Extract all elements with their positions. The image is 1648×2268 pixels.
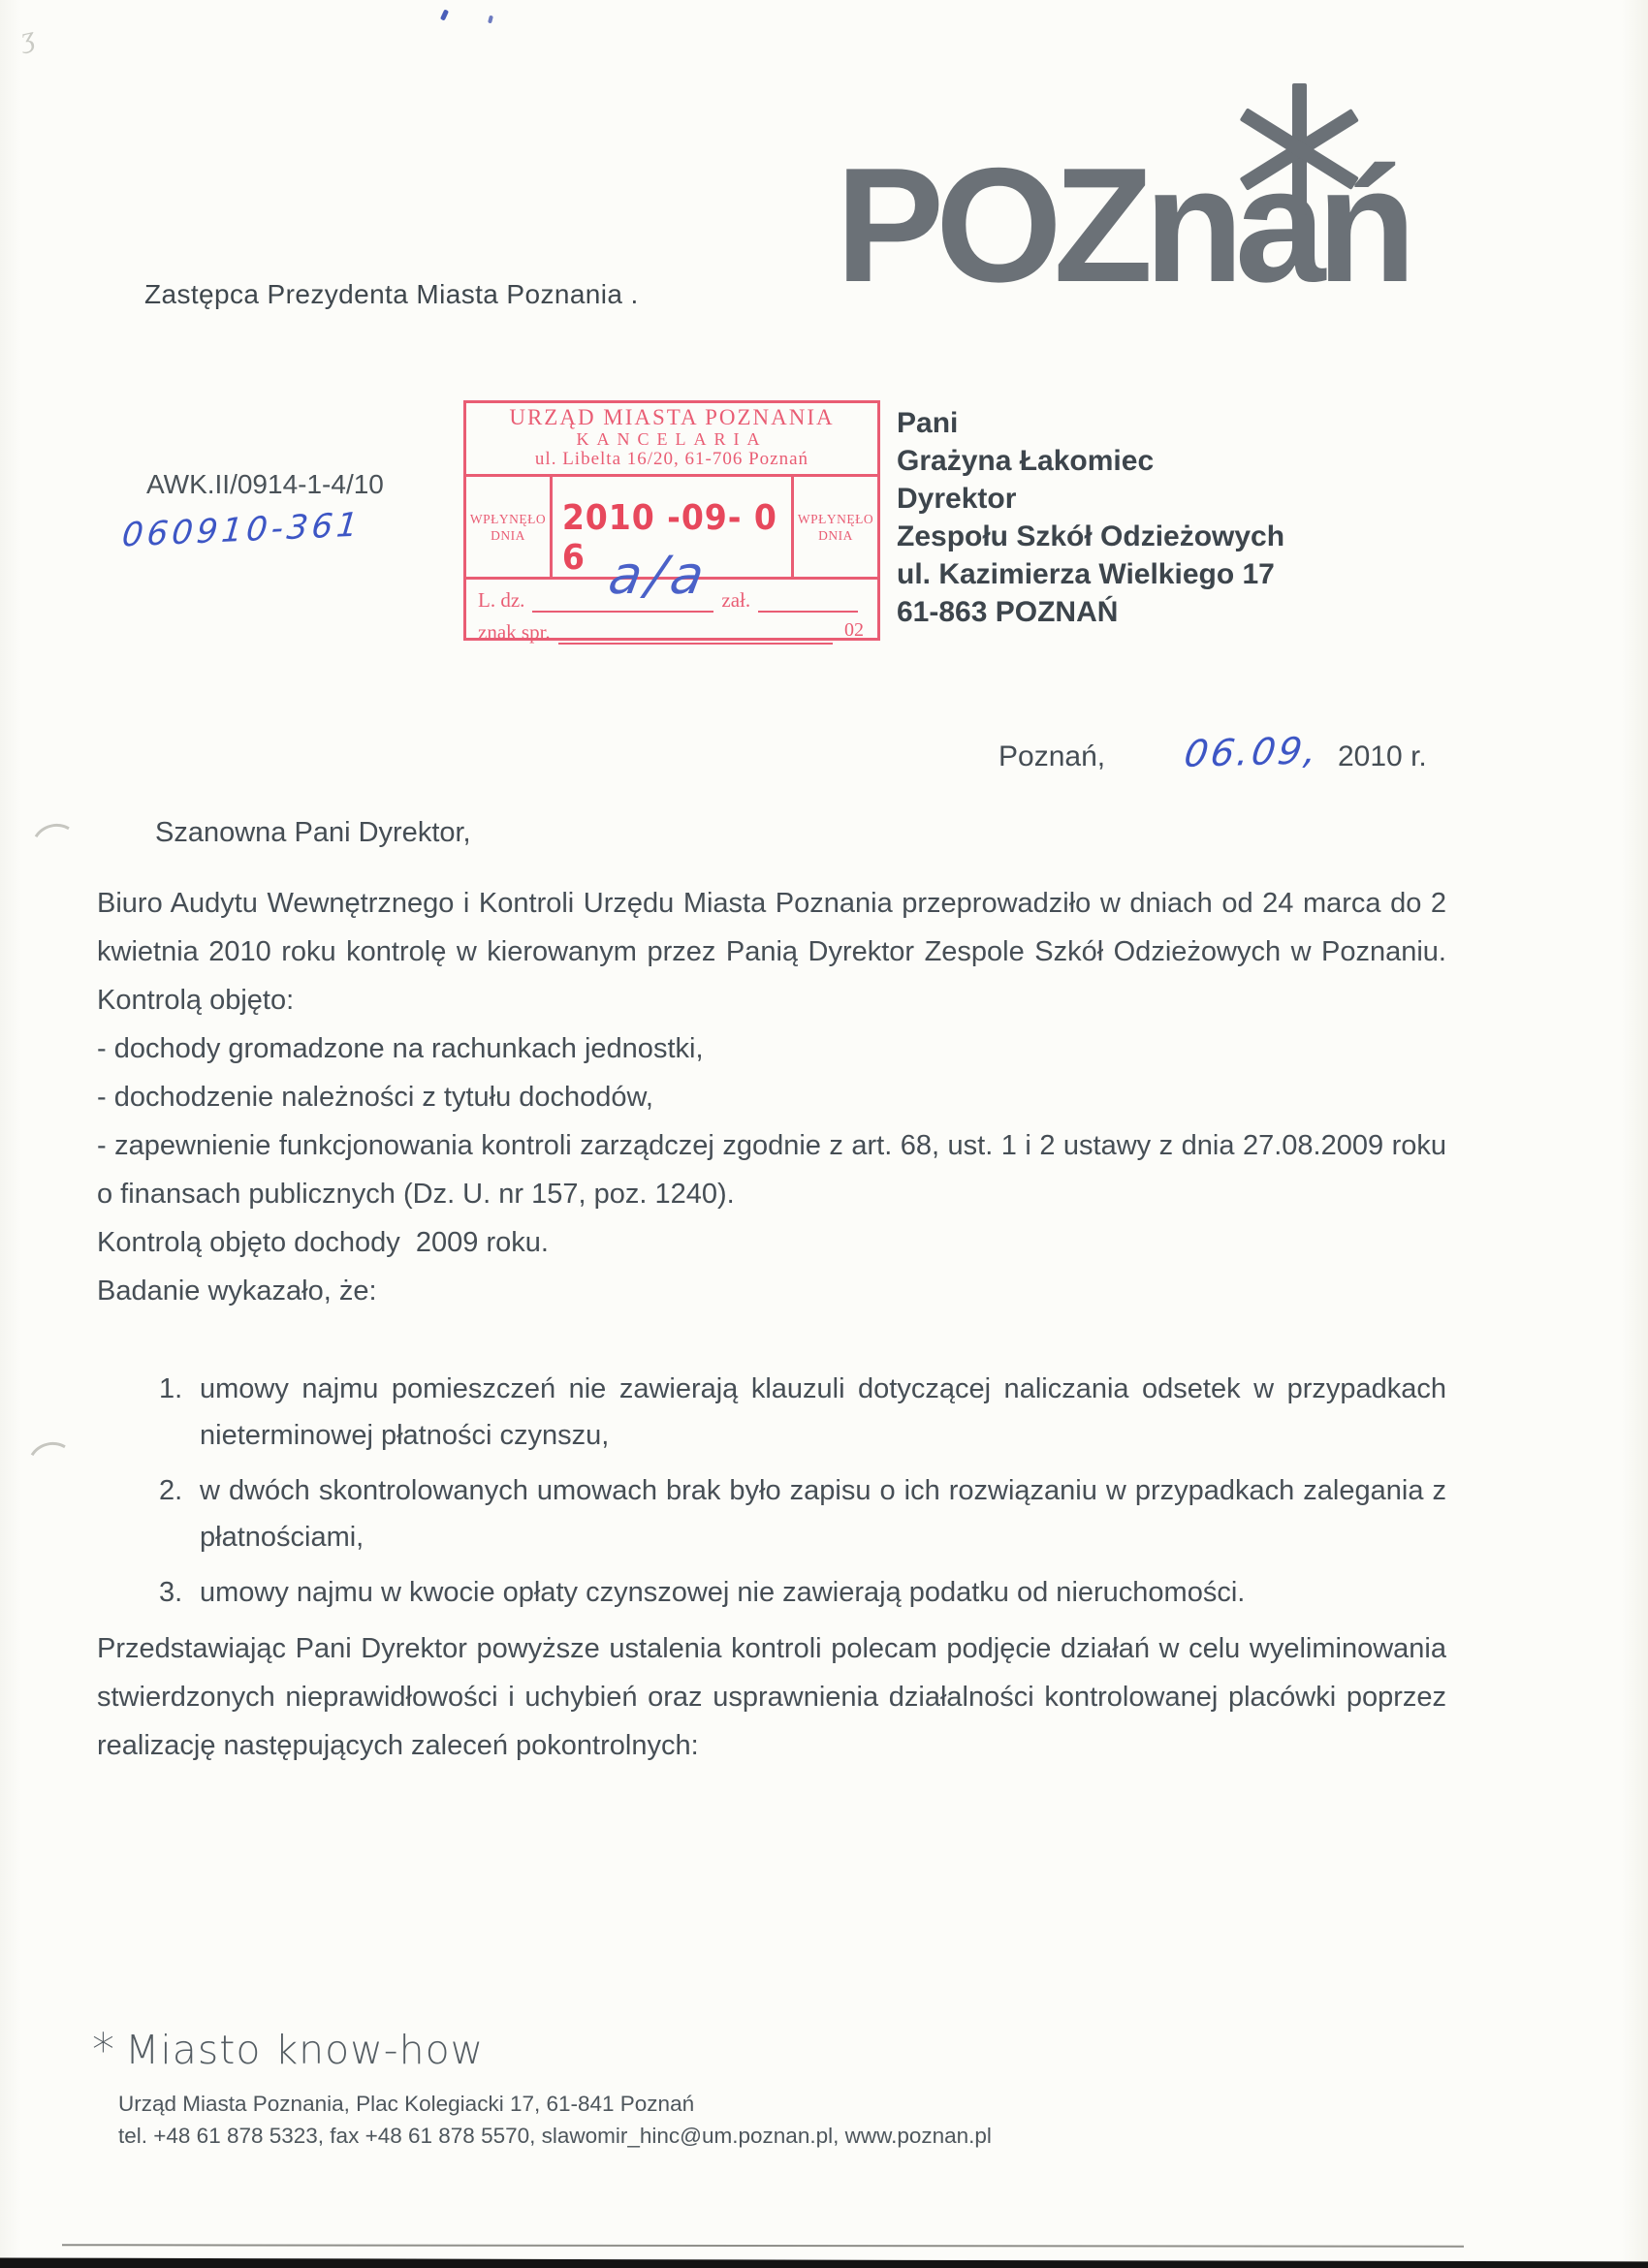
dateline-city: Poznań, (998, 740, 1105, 773)
recipient-line: Grażyna Łakomiec (897, 442, 1284, 480)
recipient-line: Pani (897, 404, 1284, 442)
finding-text: umowy najmu pomieszczeń nie zawierają kl… (200, 1366, 1446, 1459)
footer: *Miasto know-how Urząd Miasta Poznania, … (92, 2022, 992, 2152)
stamp-office-name: URZĄD MIASTA POZNANIA (466, 406, 877, 429)
findings-list: 1. umowy najmu pomieszczeń nie zawierają… (97, 1366, 1446, 1616)
findings-intro: Badanie wykazało, że: (97, 1267, 1446, 1315)
recipient-line: ul. Kazimierza Wielkiego 17 (897, 555, 1284, 593)
stamp-number: 02 (840, 617, 866, 645)
footer-slogan-text: Miasto know-how (125, 2027, 484, 2073)
stamp-office-address: ul. Libelta 16/20, 61-706 Poznań (466, 449, 877, 470)
footer-slogan: *Miasto know-how (92, 2022, 992, 2074)
bullet-line: - dochodzenie należności z tytułu dochod… (97, 1073, 1446, 1121)
stamp-received-word: WPŁYNĘŁO (466, 511, 550, 527)
handwritten-reference: 060910-361 (120, 506, 364, 555)
finding-item: 2. w dwóch skontrolowanych umowach brak … (97, 1467, 1446, 1560)
footer-contact: tel. +48 61 878 5323, fax +48 61 878 557… (118, 2120, 992, 2152)
stamp-znak-row: znak spr. 02 (478, 617, 866, 645)
dateline: Poznań, 06.09, 2010 r. (0, 737, 1648, 795)
finding-item: 1. umowy najmu pomieszczeń nie zawierają… (97, 1366, 1446, 1459)
stamp-received-dnia: DNIA (466, 527, 550, 544)
sender-title: Zastępca Prezydenta Miasta Poznania . (144, 279, 639, 310)
scan-edge-bar (0, 2256, 1648, 2268)
stamp-header: URZĄD MIASTA POZNANIA KANCELARIA ul. Lib… (466, 403, 877, 477)
salutation: Szanowna Pani Dyrektor, (155, 817, 471, 849)
paragraph-audit-intro: Biuro Audytu Wewnętrznego i Kontroli Urz… (97, 879, 1446, 1024)
scan-edge-line (62, 2244, 1464, 2248)
recipient-line: Dyrektor (897, 480, 1284, 518)
stamp-blank-line (558, 623, 833, 645)
stamp-handwritten-note: a/a (604, 545, 713, 606)
scan-artifact-ink-dot (488, 16, 493, 24)
scanned-letter-page: ʒ POZnań Zastępca Prezydenta Miasta Pozn… (0, 0, 1648, 2268)
scan-artifact-curve (22, 1436, 83, 1496)
stamp-blank-line (758, 591, 858, 613)
finding-number: 1. (159, 1366, 200, 1459)
recipient-line: 61-863 POZNAŃ (897, 593, 1284, 631)
scan-artifact-squiggle: ʒ (18, 20, 38, 55)
paragraph-recommendations: Przedstawiając Pani Dyrektor powyższe us… (97, 1624, 1446, 1770)
dateline-year: 2010 r. (1338, 740, 1427, 773)
finding-text: umowy najmu w kwocie opłaty czynszowej n… (200, 1569, 1446, 1616)
stamp-received-label-left: WPŁYNĘŁO DNIA (466, 477, 553, 577)
finding-text: w dwóch skontrolowanych umowach brak był… (200, 1467, 1446, 1560)
stamp-received-word: WPŁYNĘŁO (794, 511, 877, 527)
handwritten-date: 06.09, (1182, 729, 1322, 775)
finding-item: 3. umowy najmu w kwocie opłaty czynszowe… (97, 1569, 1446, 1616)
reference-number: AWK.II/0914-1-4/10 (146, 469, 384, 500)
stamp-office-unit: KANCELARIA (466, 429, 877, 449)
letter-body: Biuro Audytu Wewnętrznego i Kontroli Urz… (97, 879, 1446, 1770)
logo-asterisk-icon (1235, 83, 1363, 215)
scan-artifact-curve (26, 818, 87, 877)
scope-line: Kontrolą objęto dochody 2009 roku. (97, 1218, 1446, 1267)
stamp-zal-label: zał. (721, 587, 750, 613)
finding-number: 3. (159, 1569, 200, 1616)
scan-artifact-ink-dot (440, 9, 449, 20)
stamp-ldz-label: L. dz. (478, 587, 524, 613)
stamp-received-label-right: WPŁYNĘŁO DNIA (791, 477, 877, 577)
recipient-address: Pani Grażyna Łakomiec Dyrektor Zespołu S… (897, 404, 1284, 631)
stamp-znak-label: znak spr. (478, 619, 551, 645)
bullet-line: - dochody gromadzone na rachunkach jedno… (97, 1024, 1446, 1073)
finding-number: 2. (159, 1467, 200, 1560)
registry-stamp: URZĄD MIASTA POZNANIA KANCELARIA ul. Lib… (463, 400, 880, 641)
footer-address: Urząd Miasta Poznania, Plac Kolegiacki 1… (118, 2088, 992, 2120)
poznan-logo: POZnań (836, 143, 1408, 306)
stamp-received-dnia: DNIA (794, 527, 877, 544)
footer-asterisk-icon: * (92, 2024, 115, 2076)
bullet-line: - zapewnienie funkcjonowania kontroli za… (97, 1121, 1446, 1218)
recipient-line: Zespołu Szkół Odzieżowych (897, 518, 1284, 555)
